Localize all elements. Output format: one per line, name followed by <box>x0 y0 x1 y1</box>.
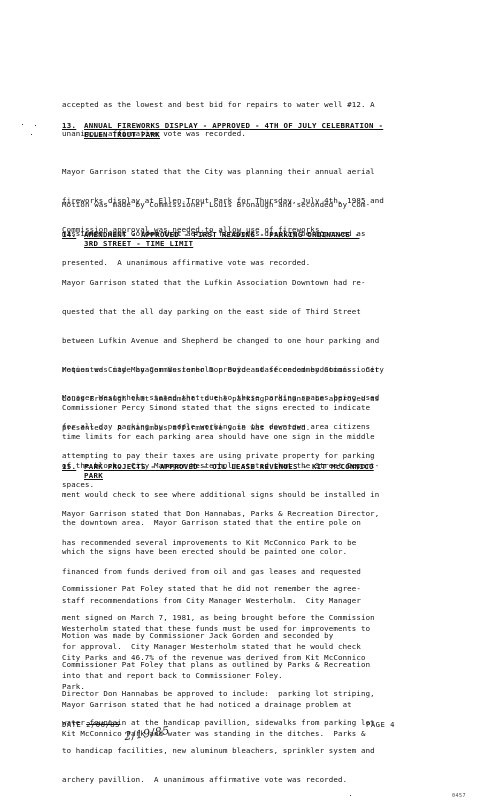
text-line: has recommended several improvements to … <box>62 538 482 548</box>
date-struck-value: 2/06/85 <box>86 720 120 729</box>
section-number: 13. <box>62 122 76 131</box>
scan-stamp: 0457 <box>452 793 466 799</box>
text-line: between Lufkin Avenue and Shepherd be ch… <box>62 336 482 346</box>
section-15-paragraph-4: Mayor Garrison stated that he had notice… <box>62 681 482 758</box>
text-line: Motion was made by Commissioner Louis Br… <box>62 200 482 210</box>
text-line: Commissioner Pat Foley stated that he di… <box>62 584 482 594</box>
text-line: accepted as the lowest and best bid for … <box>62 100 482 110</box>
document-page: accepted as the lowest and best bid for … <box>0 0 489 800</box>
scan-speck <box>31 134 32 135</box>
text-line: Commissioner Pat Foley that plans as out… <box>62 660 482 670</box>
text-line: Mayor Garrison stated that he had notice… <box>62 700 482 710</box>
page-number: PAGE 4 <box>366 720 395 729</box>
section-title: AMENDMENT - APPROVED - FIRST READING - P… <box>84 231 484 248</box>
scan-speck <box>22 124 23 125</box>
text-line: quested that the all day parking on the … <box>62 307 482 317</box>
continuation-paragraph: accepted as the lowest and best bid for … <box>62 81 482 158</box>
section-title: ANNUAL FIREWORKS DISPLAY - APPROVED - 4T… <box>84 122 484 139</box>
footer-date: DATE 2/06/85 <box>62 720 120 729</box>
text-line: Mayor Garrison stated that the City was … <box>62 167 482 177</box>
text-line: Mayor Garrison stated that Don Hannabas,… <box>62 509 482 519</box>
date-label: DATE <box>62 720 81 729</box>
text-line: Motion was made by Commissioner Don Boyd… <box>62 365 482 375</box>
section-title: PARK PROJECTS - APPROVED - OIL LEASE REV… <box>84 463 484 480</box>
scan-speck <box>350 795 351 796</box>
text-line: Commissioner Percy Simond stated that th… <box>62 403 482 413</box>
text-line: time limits for each parking area should… <box>62 432 482 442</box>
text-line: Mayor Garrison stated that the Lufkin As… <box>62 278 482 288</box>
text-line: Motion was made by Commissioner Jack Gor… <box>62 631 482 641</box>
text-line: archery pavillion. A unanimous affirmati… <box>62 775 482 785</box>
section-number: 14. <box>62 231 76 240</box>
scan-speck <box>35 125 36 126</box>
section-number: 15. <box>62 463 76 472</box>
